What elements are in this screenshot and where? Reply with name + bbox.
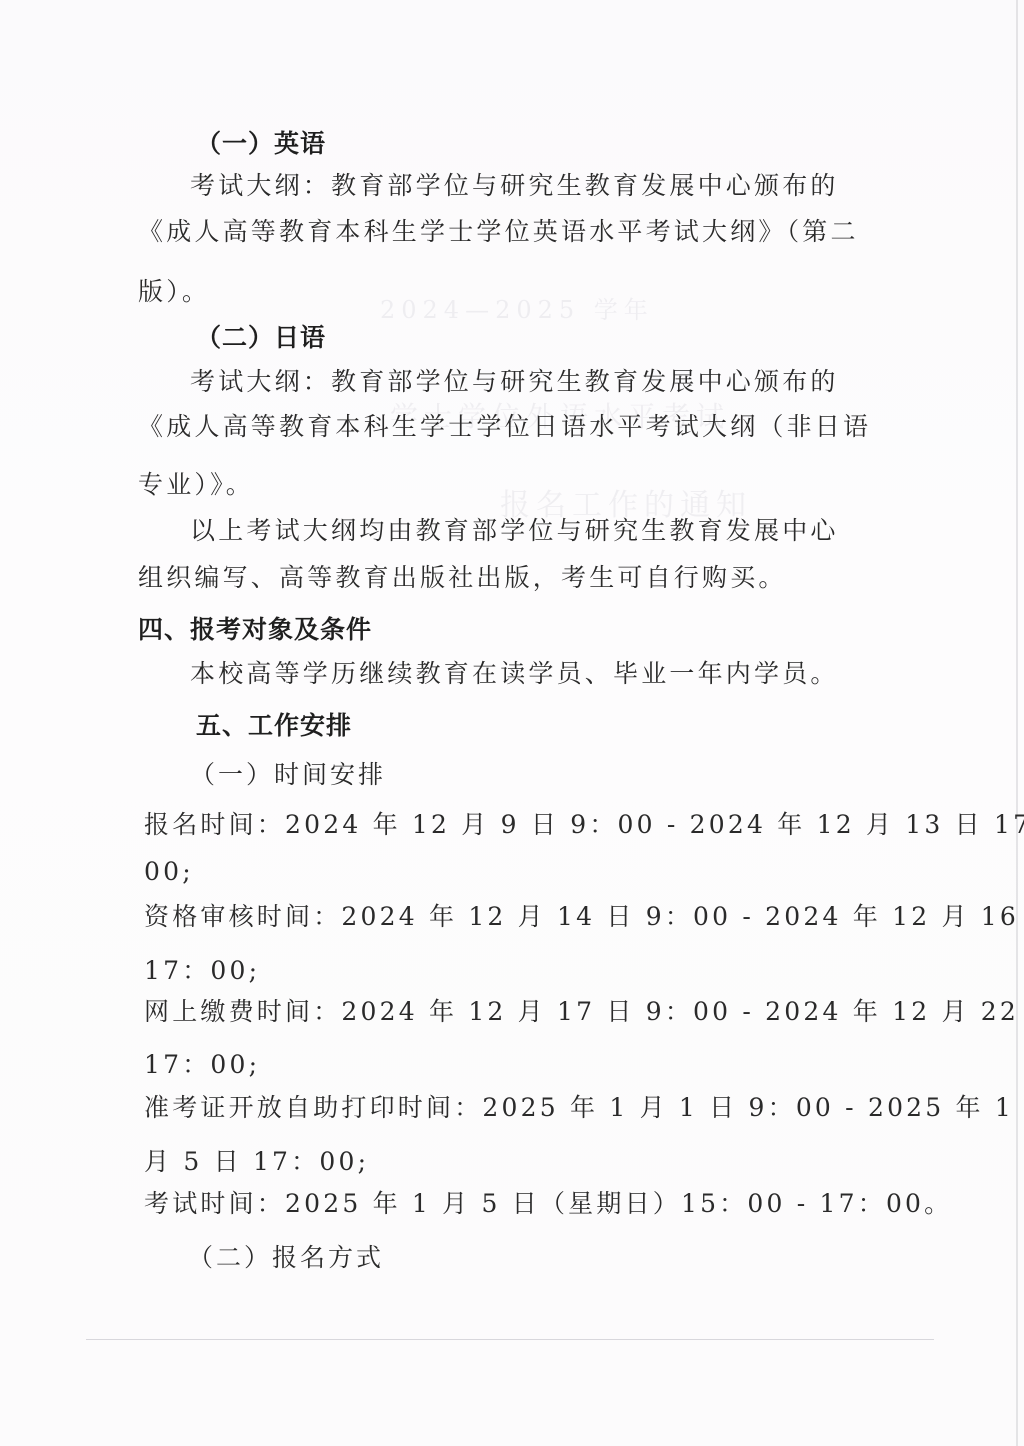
paragraph-line: 专业）》。 <box>138 465 254 501</box>
scan-edge <box>1016 0 1018 1446</box>
bleed-through-text: 2024—2025 学年 <box>380 290 654 325</box>
schedule-review-time: 资格审核时间：2024 年 12 月 14 日 9：00 - 2024 年 12… <box>144 897 1024 933</box>
paragraph-line: 考试大纲：教育部学位与研究生教育发展中心颁布的 <box>190 166 839 202</box>
schedule-payment-time-cont: 17：00; <box>144 1045 260 1081</box>
schedule-exam-time: 考试时间：2025 年 1 月 5 日（星期日）15：00 - 17：00。 <box>144 1184 952 1220</box>
paragraph-line: 本校高等学历继续教育在读学员、毕业一年内学员。 <box>190 654 839 690</box>
schedule-admission-ticket-time: 准考证开放自助打印时间：2025 年 1 月 1 日 9：00 - 2025 年… <box>144 1088 1014 1124</box>
document-page: 2024—2025 学年 学士学位外语水平考试 报名工作的通知 （一）英语 考试… <box>0 0 1024 1446</box>
paragraph-line: 《成人高等教育本科生学士学位日语水平考试大纲（非日语 <box>138 407 871 443</box>
paragraph-line: 组织编写、高等教育出版社出版，考生可自行购买。 <box>138 558 787 594</box>
paragraph-line: 考试大纲：教育部学位与研究生教育发展中心颁布的 <box>190 362 839 398</box>
subsection-heading-schedule: （一）时间安排 <box>190 755 386 791</box>
schedule-review-time-cont: 17：00; <box>144 951 260 987</box>
scan-artifact-line <box>86 1339 934 1340</box>
paragraph-line: 以上考试大纲均由教育部学位与研究生教育发展中心 <box>190 511 839 547</box>
paragraph-line: 《成人高等教育本科生学士学位英语水平考试大纲》（第二 <box>138 212 859 248</box>
section-heading-japanese: （二）日语 <box>196 318 326 354</box>
section-heading-arrangements: 五、工作安排 <box>196 706 352 742</box>
schedule-registration-time-cont: 00; <box>144 857 194 886</box>
section-heading-english: （一）英语 <box>196 124 326 160</box>
paragraph-line: 版）。 <box>138 272 210 308</box>
schedule-payment-time: 网上缴费时间：2024 年 12 月 17 日 9：00 - 2024 年 12… <box>144 992 1024 1028</box>
subsection-heading-registration-method: （二）报名方式 <box>188 1238 384 1274</box>
schedule-admission-ticket-time-cont: 月 5 日 17：00; <box>144 1142 369 1178</box>
schedule-registration-time: 报名时间：2024 年 12 月 9 日 9：00 - 2024 年 12 月 … <box>144 805 1024 841</box>
section-heading-eligibility: 四、报考对象及条件 <box>138 610 372 646</box>
